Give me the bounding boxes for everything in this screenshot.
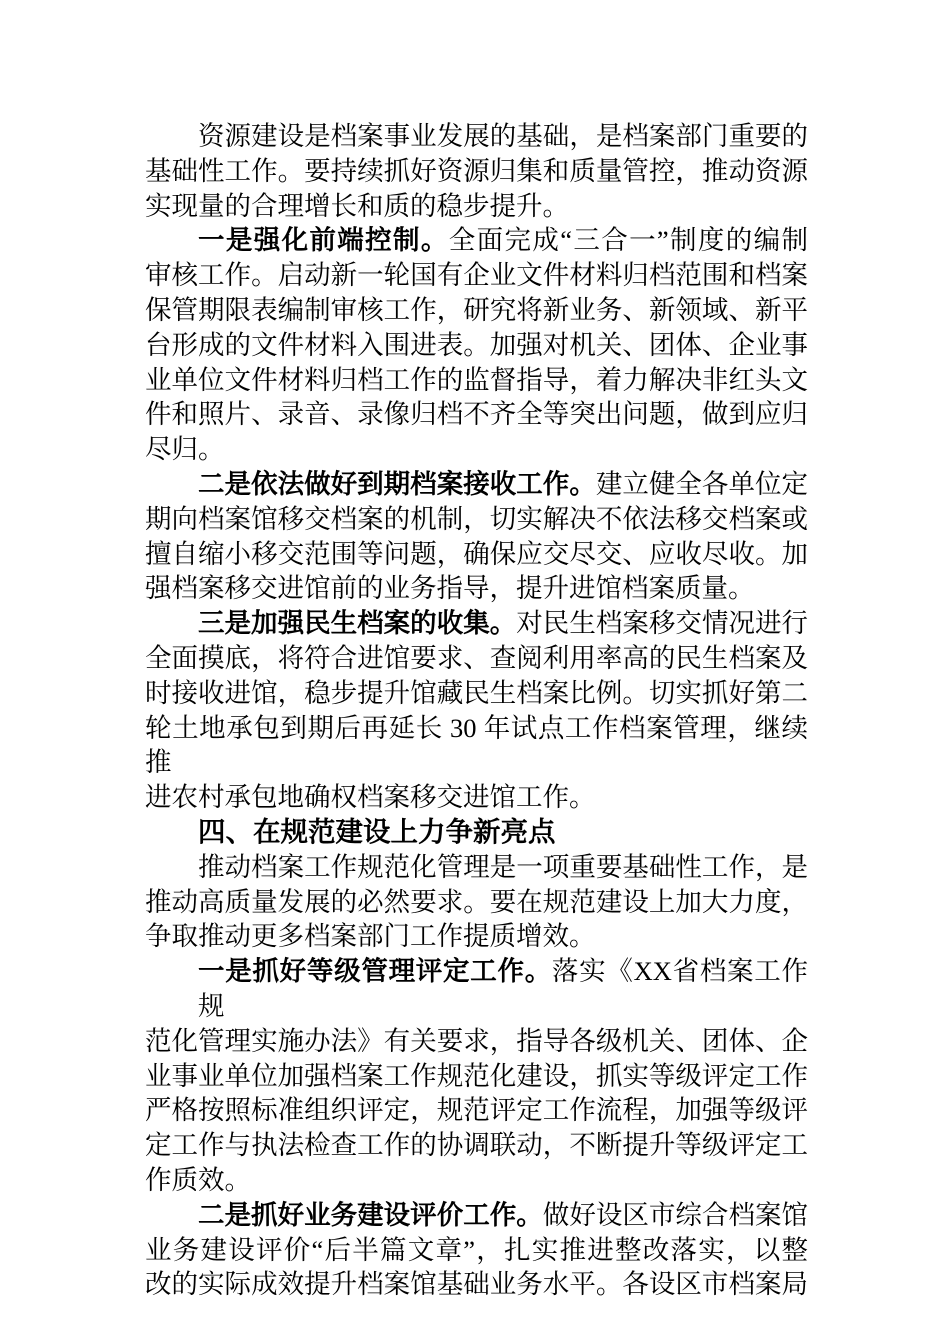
- text-line: 业单位文件材料归档工作的监督指导，着力解决非红头文: [145, 363, 808, 398]
- text-line: 期向档案馆移交档案的机制，切实解决不依法移交档案或: [145, 502, 808, 537]
- text-line: 擅自缩小移交范围等问题，确保应交尽交、应收尽收。加: [145, 537, 808, 572]
- text-line: 定工作与执法检查工作的协调联动，不断提升等级评定工: [145, 1128, 808, 1163]
- text-line: 审核工作。启动新一轮国有企业文件材料归档范围和档案: [145, 258, 808, 293]
- text-line: 保管期限表编制审核工作，研究将新业务、新领域、新平: [145, 293, 808, 328]
- text-line: 强档案移交进馆前的业务指导，提升进馆档案质量。: [145, 571, 808, 606]
- text-line: 改的实际成效提升档案馆基础业务水平。各设区市档案局: [145, 1267, 808, 1302]
- text-line: 二是依法做好到期档案接收工作。建立健全各单位定: [145, 467, 808, 502]
- document-body: 资源建设是档案事业发展的基础，是档案部门重要的基础性工作。要持续抓好资源归集和质…: [145, 119, 808, 1302]
- text-line: 业事业单位加强档案工作规范化建设，抓实等级评定工作: [145, 1059, 808, 1094]
- paragraph-lead-bold: 二是依法做好到期档案接收工作。: [198, 469, 596, 499]
- text-line: 二是抓好业务建设评价工作。做好设区市综合档案馆: [145, 1198, 808, 1233]
- text-line: 范化管理实施办法》有关要求，指导各级机关、团体、企: [145, 1024, 808, 1059]
- text-line: 基础性工作。要持续抓好资源归集和质量管控，推动资源: [145, 154, 808, 189]
- text-line: 争取推动更多档案部门工作提质增效。: [145, 919, 808, 954]
- document-page: 资源建设是档案事业发展的基础，是档案部门重要的基础性工作。要持续抓好资源归集和质…: [0, 0, 950, 1344]
- text-line: 作质效。: [145, 1163, 808, 1198]
- text-line: 时接收进馆，稳步提升馆藏民生档案比例。切实抓好第二: [145, 676, 808, 711]
- paragraph-lead-bold: 二是抓好业务建设评价工作。: [198, 1200, 543, 1230]
- text-line: 推动高质量发展的必然要求。要在规范建设上加大力度，: [145, 885, 808, 920]
- text-line: 一是抓好等级管理评定工作。落实《XX省档案工作规: [145, 954, 808, 1024]
- paragraph-lead-bold: 一是抓好等级管理评定工作。: [198, 956, 552, 986]
- text-line: 资源建设是档案事业发展的基础，是档案部门重要的: [145, 119, 808, 154]
- paragraph-lead-bold: 三是加强民生档案的收集。: [198, 608, 516, 638]
- text-line: 轮土地承包到期后再延长 30 年试点工作档案管理，继续推: [145, 711, 808, 781]
- text-line: 尽归。: [145, 432, 808, 467]
- text-line: 一是强化前端控制。全面完成“三合一”制度的编制: [145, 223, 808, 258]
- text-line: 三是加强民生档案的收集。对民生档案移交情况进行: [145, 606, 808, 641]
- paragraph-lead-bold: 一是强化前端控制。: [198, 225, 449, 255]
- text-line: 进农村承包地确权档案移交进馆工作。: [145, 780, 808, 815]
- text-line: 件和照片、录音、录像归档不齐全等突出问题，做到应归: [145, 397, 808, 432]
- text-line: 全面摸底，将符合进馆要求、查阅利用率高的民生档案及: [145, 641, 808, 676]
- text-line: 业务建设评价“后半篇文章”，扎实推进整改落实，以整: [145, 1233, 808, 1268]
- section-heading: 四、在规范建设上力争新亮点: [145, 815, 808, 850]
- text-line: 台形成的文件材料入围进表。加强对机关、团体、企业事: [145, 328, 808, 363]
- text-line: 推动档案工作规范化管理是一项重要基础性工作，是: [145, 850, 808, 885]
- text-line: 严格按照标准组织评定，规范评定工作流程，加强等级评: [145, 1093, 808, 1128]
- text-line: 实现量的合理增长和质的稳步提升。: [145, 189, 808, 224]
